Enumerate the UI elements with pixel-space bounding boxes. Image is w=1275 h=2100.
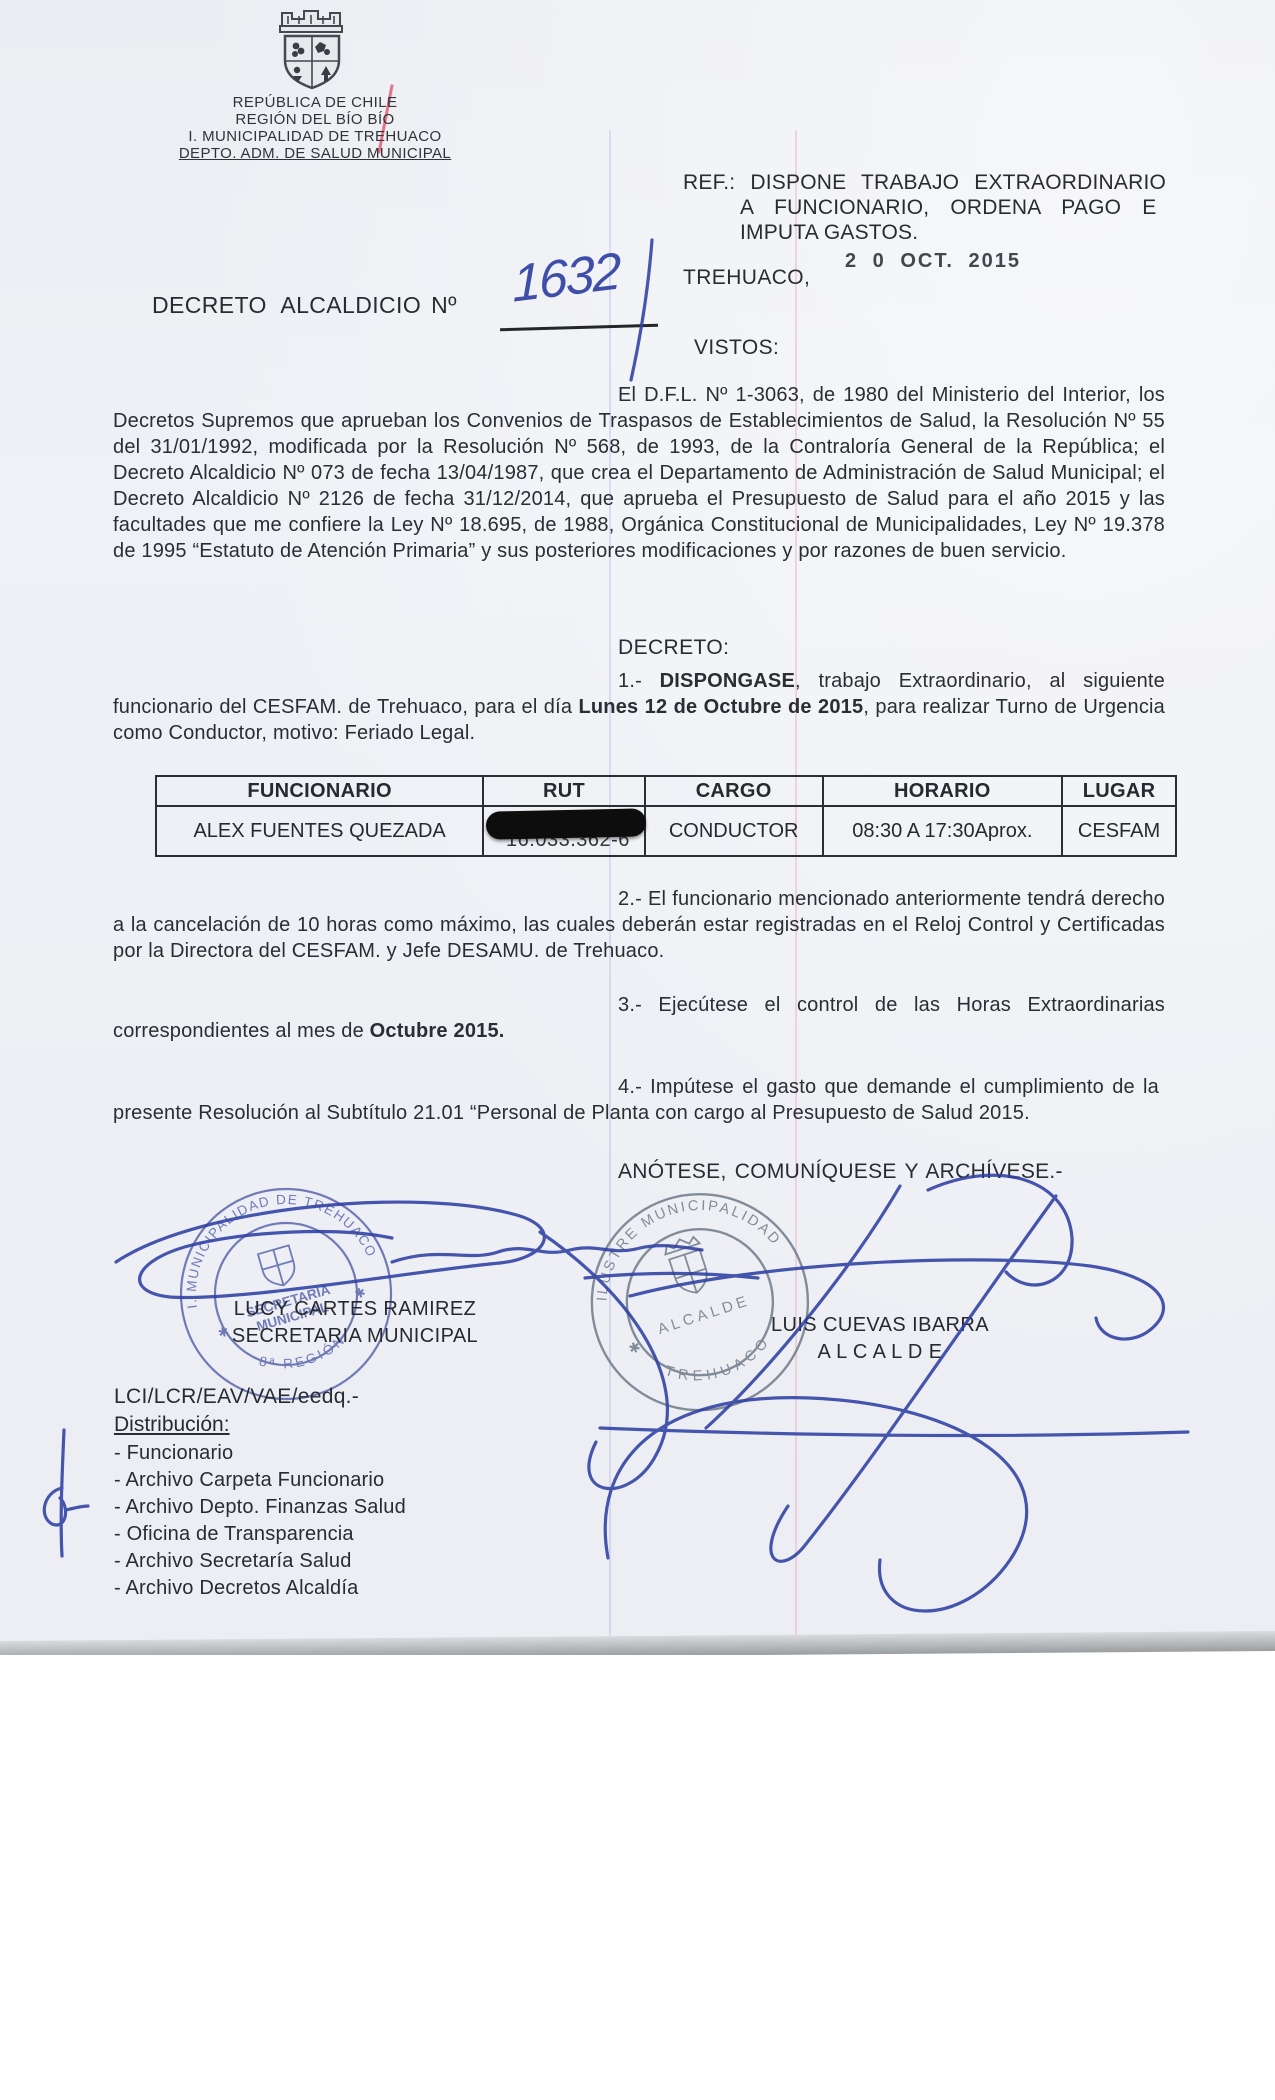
table-header-row: FUNCIONARIO RUT CARGO HORARIO LUGAR: [156, 776, 1176, 806]
distribution-item: - Archivo Decretos Alcaldía: [114, 1575, 406, 1602]
initials-line: LCI/LCR/EAV/VAE/eedq.-: [114, 1385, 359, 1409]
letterhead-line: DEPTO. ADM. DE SALUD MUNICIPAL: [140, 145, 490, 162]
distribution-item: - Oficina de Transparencia: [114, 1521, 406, 1548]
redaction-marker: [486, 808, 647, 839]
distribution-item: - Archivo Secretaría Salud: [114, 1548, 406, 1575]
letterhead: REPÚBLICA DE CHILE REGIÓN DEL BÍO BÍO I.…: [140, 94, 490, 162]
ref-line: A FUNCIONARIO, ORDENA PAGO E: [683, 195, 1167, 220]
right-signatory: LUIS CUEVAS IBARRA A L C A L D E: [740, 1312, 1020, 1366]
margin-pen-mark: [44, 1488, 65, 1525]
distribution-label: Distribución:: [114, 1413, 230, 1437]
cell-horario: 08:30 A 17:30Aprox.: [823, 806, 1062, 856]
municipal-coat-of-arms-icon: [252, 4, 372, 96]
col-rut: RUT: [483, 776, 645, 806]
ref-line: REF.: DISPONE TRABAJO EXTRAORDINARIO: [683, 170, 1167, 195]
table-row: ALEX FUENTES QUEZADA 16.033.362-6 CONDUC…: [156, 806, 1176, 856]
margin-pen-mark: [61, 1430, 64, 1556]
signatory-name: LUCY CARTES RAMIREZ: [225, 1296, 485, 1323]
resolution-1-number: 1.-: [618, 670, 660, 692]
stamp-center-text: ALCALDE: [656, 1292, 753, 1338]
signatory-title: SECRETARIA MUNICIPAL: [225, 1323, 485, 1350]
signature-stroke: [928, 1175, 1072, 1285]
date-stamp: 2 0 OCT. 2015: [845, 250, 1021, 273]
decree-number-underline: [500, 324, 658, 331]
alcalde-stamp: ILUSTRE MUNICIPALIDAD TREHUACO ALCALDE ✱: [546, 1148, 855, 1457]
cell-funcionario: ALEX FUENTES QUEZADA: [156, 806, 483, 856]
resolution-2: 2.- El funcionario mencionado anteriorme…: [113, 886, 1165, 964]
distribution-list: - Funcionario - Archivo Carpeta Funciona…: [114, 1440, 406, 1602]
decreto-label: DECRETO:: [618, 636, 729, 660]
signatory-title: A L C A L D E: [740, 1339, 1020, 1366]
stamp-star-icon: ✱: [627, 1338, 643, 1357]
city-line: TREHUACO,: [683, 266, 810, 290]
distribution-item: - Archivo Carpeta Funcionario: [114, 1467, 406, 1494]
letterhead-line: I. MUNICIPALIDAD DE TREHUACO: [140, 128, 490, 145]
decree-heading: DECRETO ALCALDICIONº: [152, 292, 457, 319]
paper-sheet: REPÚBLICA DE CHILE REGIÓN DEL BÍO BÍO I.…: [0, 0, 1275, 1650]
cell-rut: 16.033.362-6: [483, 806, 645, 856]
vistos-label: VISTOS:: [694, 336, 779, 360]
letterhead-line: REPÚBLICA DE CHILE: [140, 94, 490, 111]
scanned-document-page: REPÚBLICA DE CHILE REGIÓN DEL BÍO BÍO I.…: [0, 0, 1275, 2100]
signatory-name: LUIS CUEVAS IBARRA: [740, 1312, 1020, 1339]
col-lugar: LUGAR: [1062, 776, 1176, 806]
ref-line: IMPUTA GASTOS.: [683, 220, 1167, 245]
left-signatory: LUCY CARTES RAMIREZ SECRETARIA MUNICIPAL: [225, 1296, 485, 1350]
col-horario: HORARIO: [823, 776, 1062, 806]
distribution-item: - Funcionario: [114, 1440, 406, 1467]
resolution-4: 4.- Impútese el gasto que demande el cum…: [113, 1074, 1159, 1126]
distribution-item: - Archivo Depto. Finanzas Salud: [114, 1494, 406, 1521]
resolution-1: 1.- DISPONGASE, trabajo Extraordinario, …: [113, 668, 1165, 746]
vistos-paragraph: El D.F.L. Nº 1-3063, de 1980 del Ministe…: [113, 382, 1165, 564]
cell-lugar: CESFAM: [1062, 806, 1176, 856]
resolution-3-month: Octubre 2015.: [370, 1020, 505, 1042]
col-funcionario: FUNCIONARIO: [156, 776, 483, 806]
cell-cargo: CONDUCTOR: [645, 806, 823, 856]
ref-block: REF.: DISPONE TRABAJO EXTRAORDINARIO A F…: [683, 170, 1167, 245]
decree-number-prefix: Nº: [431, 292, 457, 318]
resolution-3: 3.- Ejecútese el control de las Horas Ex…: [113, 992, 1165, 1044]
resolution-1-date: Lunes 12 de Octubre de 2015: [578, 696, 863, 718]
scanner-background: [0, 1655, 1275, 2100]
overtime-table: FUNCIONARIO RUT CARGO HORARIO LUGAR ALEX…: [155, 775, 1177, 857]
letterhead-line: REGIÓN DEL BÍO BÍO: [140, 111, 490, 128]
resolution-3-text: 3.- Ejecútese el control de las Horas Ex…: [113, 994, 1165, 1042]
col-cargo: CARGO: [645, 776, 823, 806]
handwritten-slash: [631, 240, 652, 380]
resolution-1-keyword: DISPONGASE: [660, 670, 795, 692]
handwritten-decree-number: 1632: [512, 241, 620, 314]
margin-pen-mark: [66, 1506, 88, 1510]
decree-label: DECRETO ALCALDICIO: [152, 292, 421, 318]
